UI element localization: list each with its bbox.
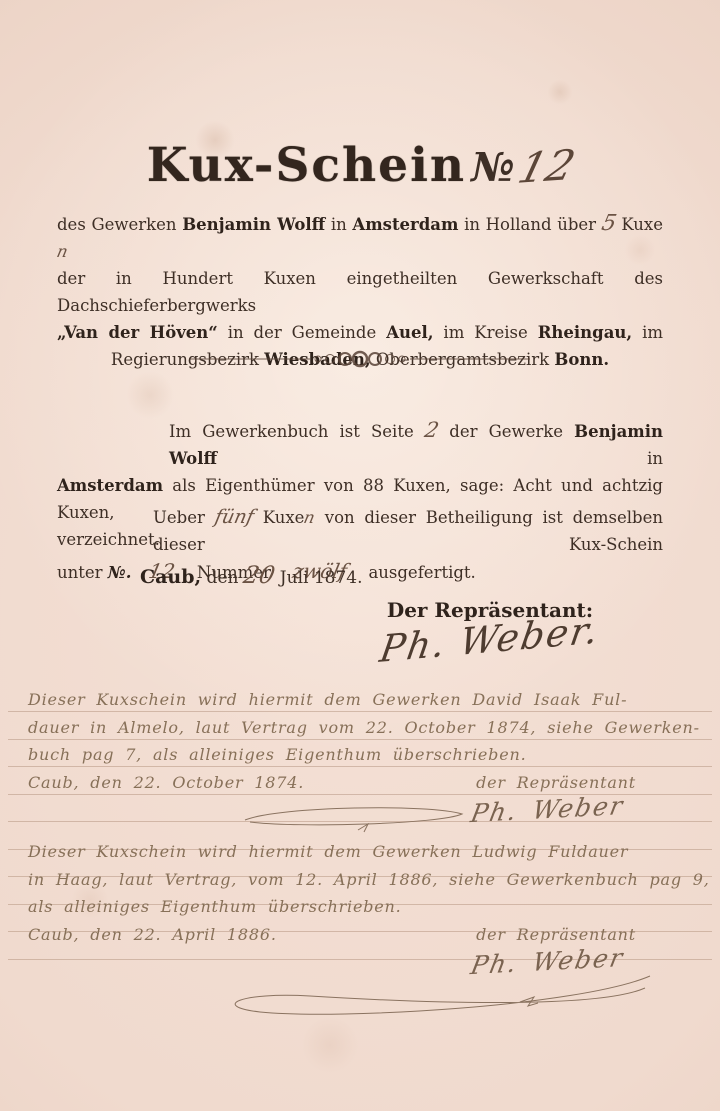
owner-city: Amsterdam	[57, 476, 163, 495]
district: Rheingau,	[538, 323, 632, 342]
municipality: Auel,	[386, 323, 433, 342]
register-line-1: Im Gewerkenbuch ist Seite 2 der Gewerke …	[57, 417, 663, 472]
transfer1-date: Caub, den 22. October 1874.	[28, 769, 304, 797]
transfer2-line-2: in Haag, laut Vertrag, vom 12. April 188…	[28, 866, 694, 894]
certificate-number-handwritten: 12	[513, 140, 580, 193]
text-run: den	[201, 568, 244, 588]
mine-name: „Van der Höven“	[57, 323, 218, 342]
transfer2-date: Caub, den 22. April 1886.	[28, 921, 277, 949]
text-run: im	[632, 323, 663, 342]
intro-line-3: „Van der Höven“ in der Gemeinde Auel, im…	[57, 319, 663, 346]
numero-symbol: №.	[108, 563, 132, 582]
text-run: des Gewerken	[57, 215, 182, 234]
issue-dateline: Caub, den 20 Juli 1874.	[140, 561, 363, 589]
text-run: ausgefertigt.	[368, 563, 475, 582]
transfer2-line-3: als alleiniges Eigenthum überschrieben.	[28, 893, 694, 921]
text-run: Juli 1874.	[274, 568, 362, 588]
owner-name: Benjamin Wolff	[182, 215, 325, 234]
transfer-record-1886: Dieser Kuxschein wird hiermit dem Gewerk…	[28, 838, 694, 976]
day-handwritten: 20	[241, 561, 277, 589]
handwritten-letter: n	[54, 238, 70, 265]
transfer-record-1874: Dieser Kuxschein wird hiermit dem Gewerk…	[28, 686, 694, 824]
share-count-word-handwritten: fünf	[212, 504, 256, 531]
transfer2-signature-row: Ph. Weber	[28, 948, 694, 976]
intro-line-1: des Gewerken Benjamin Wolff in Amsterdam…	[57, 210, 663, 265]
title-text: Kux-Schein	[147, 138, 466, 193]
text-run: unter	[57, 563, 108, 582]
text-run: Kuxe	[616, 215, 663, 234]
signature-ph-weber: Ph. Weber	[468, 944, 626, 980]
signature-flourish-large	[220, 968, 660, 1023]
transfer1-line-1: Dieser Kuxschein wird hiermit dem Gewerk…	[28, 686, 694, 714]
transfer1-line-3: buch pag 7, als alleiniges Eigenthum übe…	[28, 741, 694, 769]
certificate-page: Kux-Schein № 12 des Gewerken Benjamin Wo…	[0, 0, 720, 1111]
text-run: Im Gewerkenbuch ist Seite	[169, 422, 425, 441]
document-title: Kux-Schein № 12	[0, 138, 720, 193]
signature-ph-weber: Ph. Weber	[468, 792, 626, 828]
transfer1-signature-row: Ph. Weber	[28, 796, 694, 824]
text-run: Ueber	[153, 508, 215, 527]
text-run: Kuxe	[253, 508, 304, 527]
intro-line-2: der in Hundert Kuxen eingetheilten Gewer…	[57, 265, 663, 319]
text-run: in der Gemeinde	[218, 323, 386, 342]
transfer1-line-2: dauer in Almelo, laut Vertrag vom 22. Oc…	[28, 714, 694, 742]
text-run: der Gewerke	[438, 422, 574, 441]
numero-symbol: №	[471, 144, 514, 191]
owner-city: Amsterdam	[352, 215, 458, 234]
text-run: in Holland über	[458, 215, 601, 234]
text-run: in	[217, 449, 663, 468]
place-name: Caub,	[140, 566, 201, 588]
transfer2-line-1: Dieser Kuxschein wird hiermit dem Gewerk…	[28, 838, 694, 866]
text-run: im Kreise	[434, 323, 538, 342]
ornamental-divider	[0, 348, 720, 372]
issue-line-1: Ueber fünf Kuxen von dieser Betheiligung…	[57, 504, 663, 558]
text-run: in	[325, 215, 352, 234]
